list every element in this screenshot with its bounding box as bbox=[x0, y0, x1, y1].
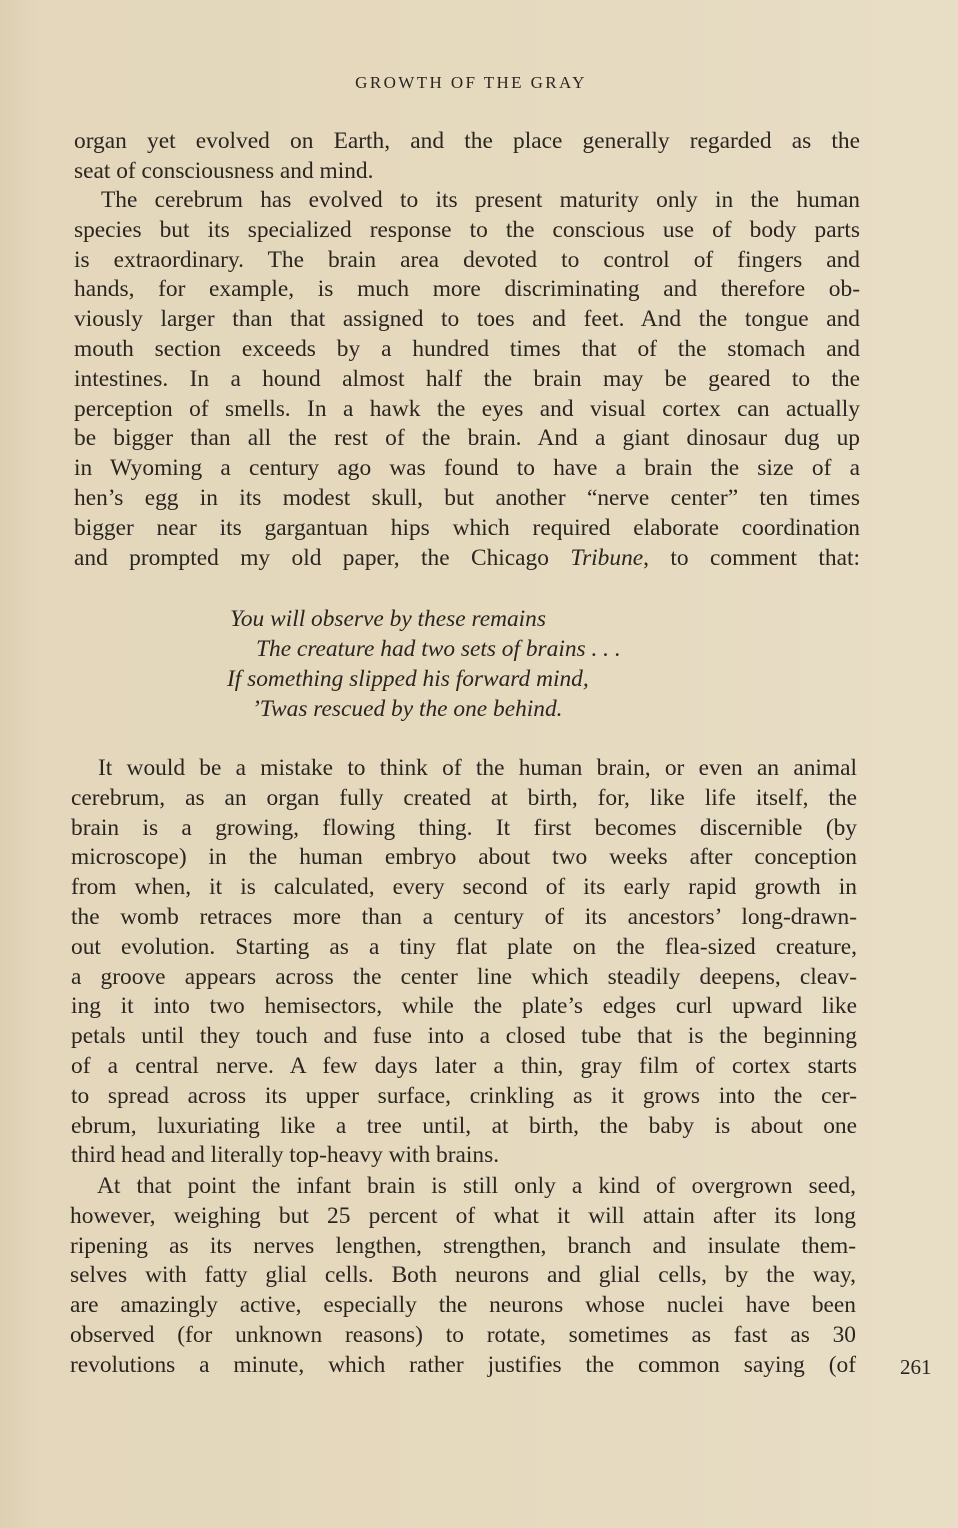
text-line: At that point the infant brain is still … bbox=[70, 1172, 856, 1202]
text-line: the womb retraces more than a century of… bbox=[71, 903, 857, 933]
text-line: bigger near its gargantuan hips which re… bbox=[74, 514, 860, 544]
text-line: is extraordinary. The brain area devoted… bbox=[74, 246, 860, 276]
text-line: seat of consciousness and mind. bbox=[74, 157, 860, 187]
text-line: hands, for example, is much more discrim… bbox=[74, 275, 860, 305]
poem-line: ’Twas rescued by the one behind. bbox=[230, 694, 621, 724]
text-line: petals until they touch and fuse into a … bbox=[71, 1022, 857, 1052]
text-line: ripening as its nerves lengthen, strengt… bbox=[70, 1232, 856, 1262]
page-number: 261 bbox=[900, 1355, 932, 1380]
poem-line: You will observe by these remains bbox=[230, 604, 621, 634]
text-run: , to comment that: bbox=[643, 545, 860, 571]
text-line: It would be a mistake to think of the hu… bbox=[71, 754, 857, 784]
paragraph-continuation: organ yet evolved on Earth, and the plac… bbox=[74, 127, 860, 187]
poem-line: If something slipped his forward mind, bbox=[227, 664, 621, 694]
text-line: of a central nerve. A few days later a t… bbox=[71, 1052, 857, 1082]
text-line: ebrum, luxuriating like a tree until, at… bbox=[71, 1112, 857, 1142]
poem-quote: You will observe by these remains The cr… bbox=[230, 604, 621, 724]
text-run: and prompted my old paper, the Chicago bbox=[74, 545, 570, 571]
paragraph-cerebrum: The cerebrum has evolved to its present … bbox=[74, 186, 860, 573]
text-line: selves with fatty glial cells. Both neur… bbox=[70, 1261, 856, 1291]
text-line: microscope) in the human embryo about tw… bbox=[71, 843, 857, 873]
text-line: perception of smells. In a hawk the eyes… bbox=[74, 395, 860, 425]
paragraph-brain-growth: It would be a mistake to think of the hu… bbox=[71, 754, 857, 1171]
text-line: observed (for unknown reasons) to rotate… bbox=[70, 1321, 856, 1351]
text-line: out evolution. Starting as a tiny flat p… bbox=[71, 933, 857, 963]
text-line: intestines. In a hound almost half the b… bbox=[74, 365, 860, 395]
text-line: cerebrum, as an organ fully created at b… bbox=[71, 784, 857, 814]
text-line: however, weighing but 25 percent of what… bbox=[70, 1202, 856, 1232]
text-line: are amazingly active, especially the neu… bbox=[70, 1291, 856, 1321]
text-line: mouth section exceeds by a hundred times… bbox=[74, 335, 860, 365]
text-line: to spread across its upper surface, crin… bbox=[71, 1082, 857, 1112]
text-line: species but its specialized response to … bbox=[74, 216, 860, 246]
newspaper-title: Tribune bbox=[570, 545, 643, 571]
text-line: a groove appears across the center line … bbox=[71, 963, 857, 993]
text-line: The cerebrum has evolved to its present … bbox=[74, 186, 860, 216]
text-line: from when, it is calculated, every secon… bbox=[71, 873, 857, 903]
text-line: be bigger than all the rest of the brain… bbox=[74, 424, 860, 454]
text-line: revolutions a minute, which rather justi… bbox=[70, 1351, 856, 1381]
text-line: in Wyoming a century ago was found to ha… bbox=[74, 454, 860, 484]
text-line: organ yet evolved on Earth, and the plac… bbox=[74, 127, 860, 157]
paragraph-infant-brain: At that point the infant brain is still … bbox=[70, 1172, 856, 1381]
text-line: brain is a growing, flowing thing. It fi… bbox=[71, 814, 857, 844]
text-line: third head and literally top-heavy with … bbox=[71, 1141, 857, 1171]
text-line: viously larger than that assigned to toe… bbox=[74, 305, 860, 335]
running-head: GROWTH OF THE GRAY bbox=[0, 73, 942, 93]
text-line: hen’s egg in its modest skull, but anoth… bbox=[74, 484, 860, 514]
text-line-with-italic: and prompted my old paper, the Chicago T… bbox=[74, 544, 860, 574]
text-line: ing it into two hemisectors, while the p… bbox=[71, 992, 857, 1022]
poem-line: The creature had two sets of brains . . … bbox=[230, 634, 621, 664]
